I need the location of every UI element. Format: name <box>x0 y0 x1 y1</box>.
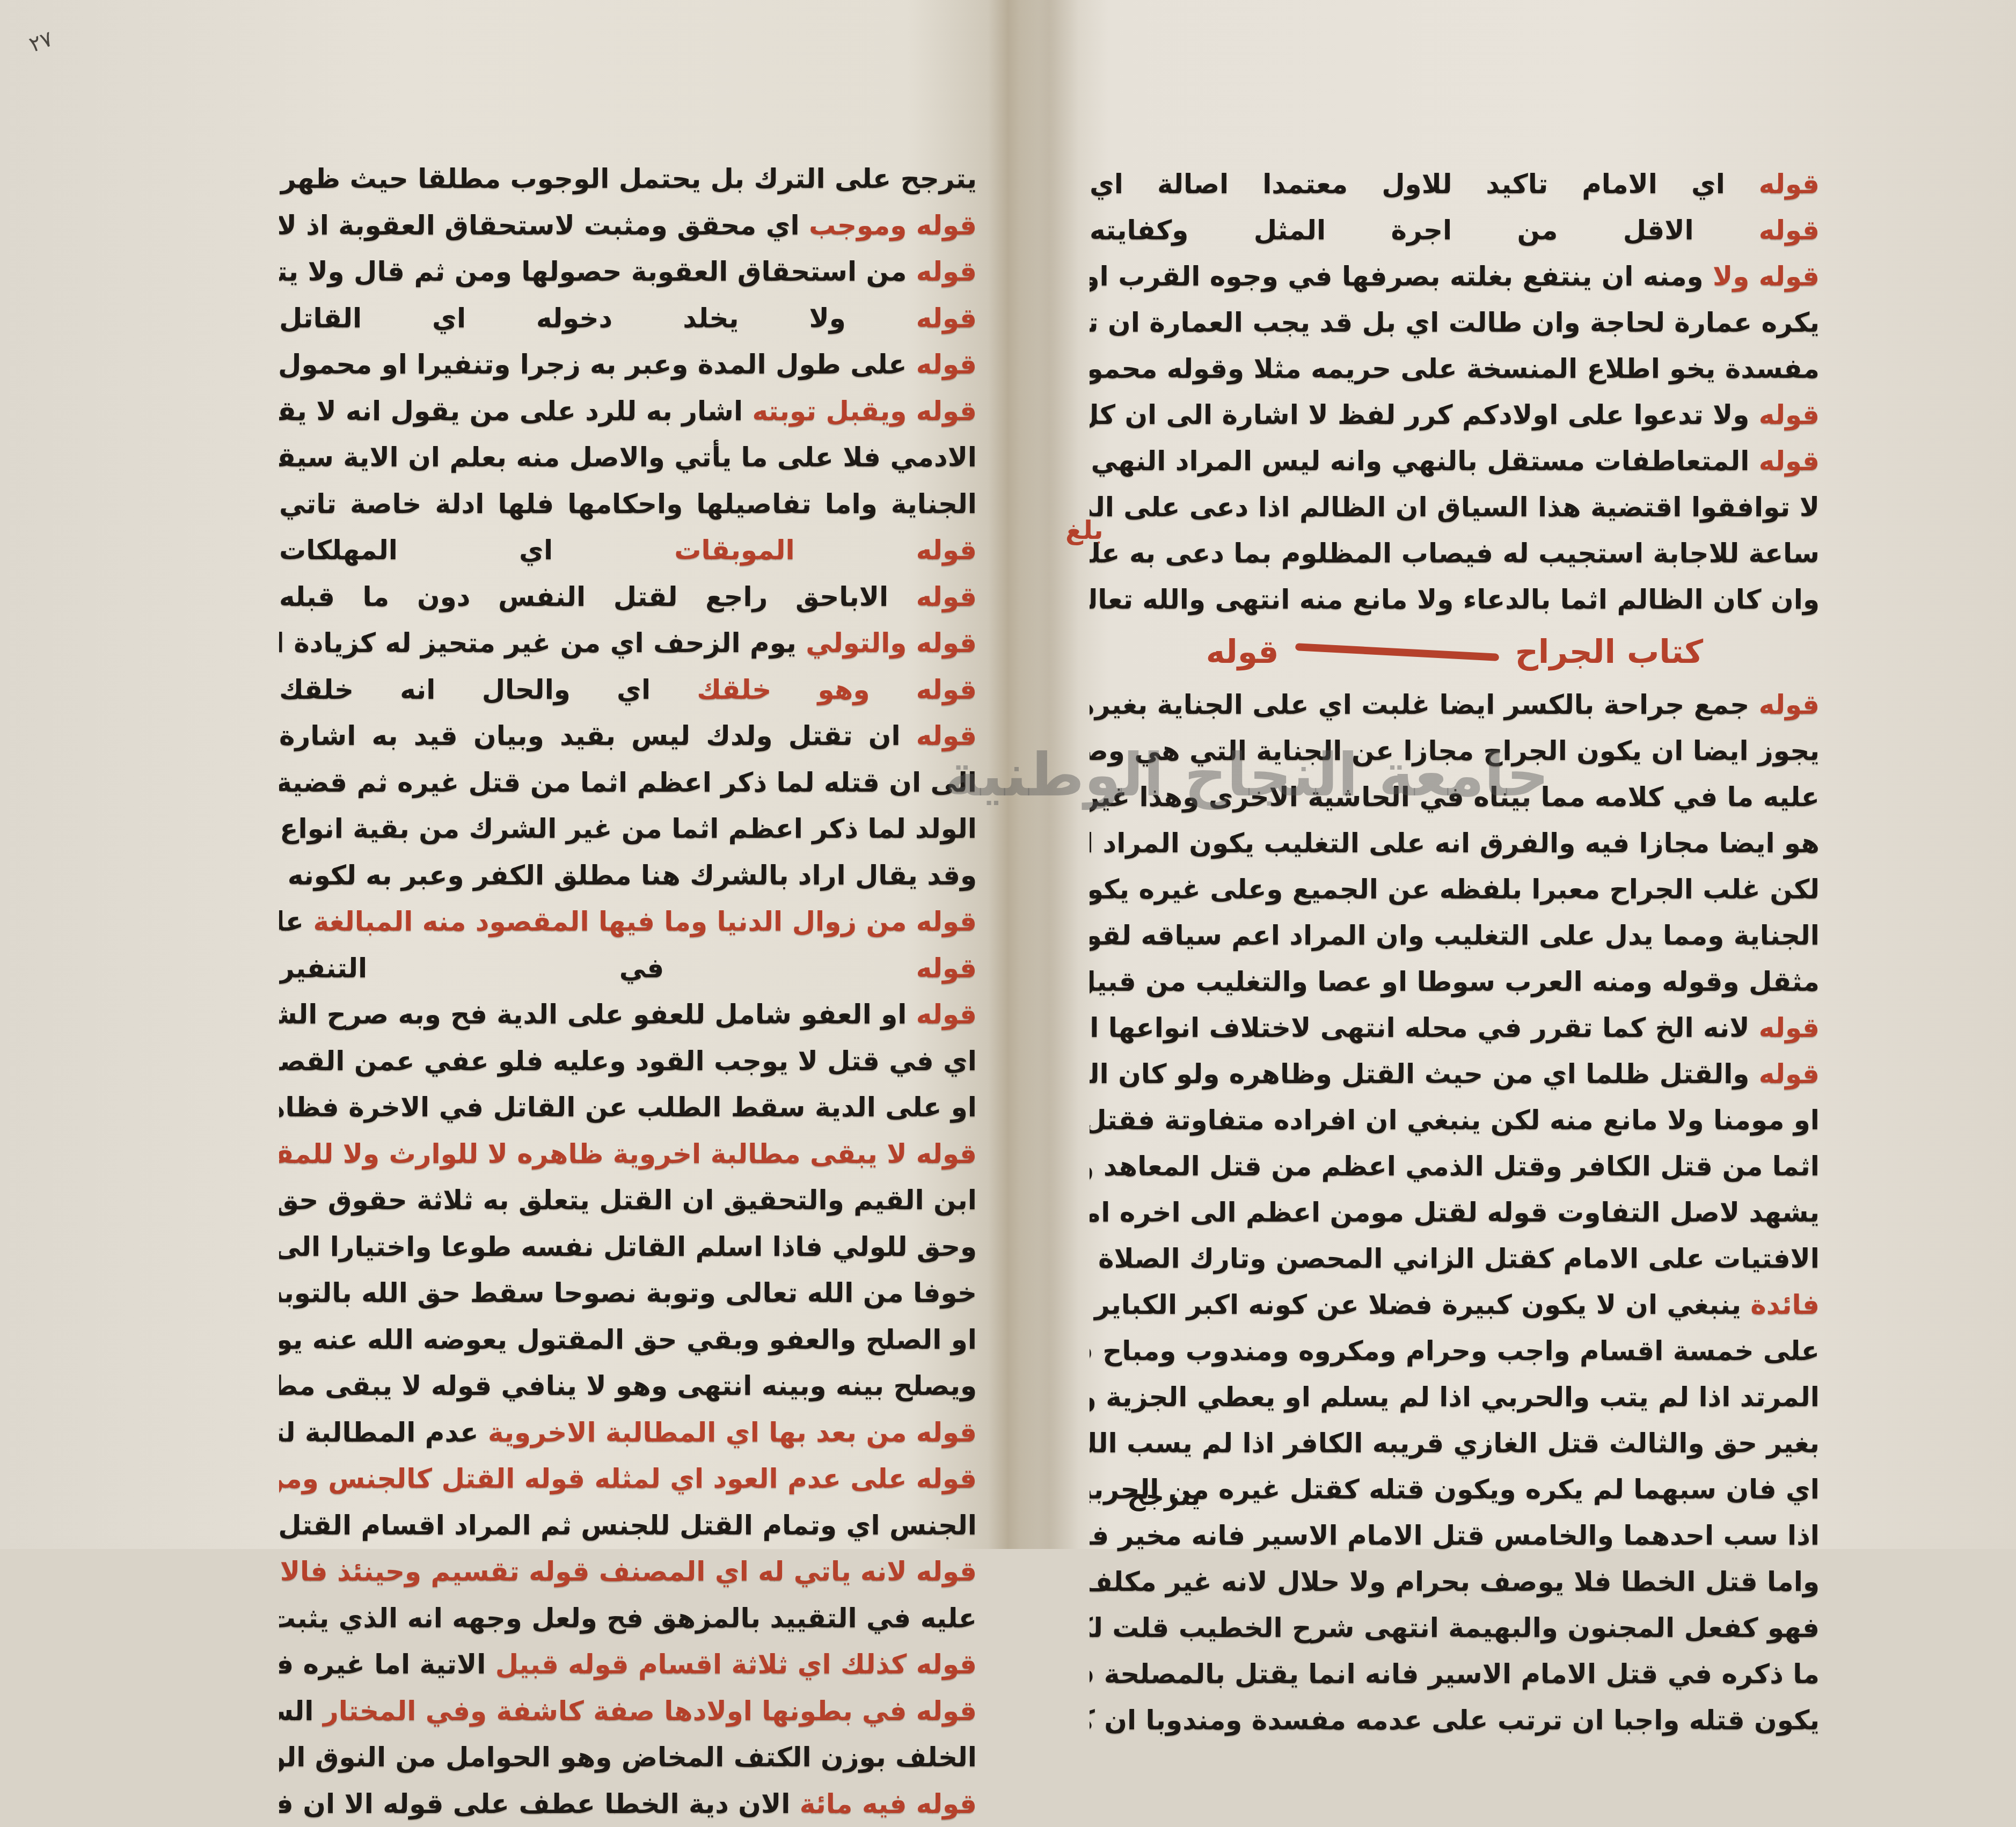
line-text: اثما من قتل الكافر وقتل الذمي اعظم من قت… <box>1090 1151 1820 1182</box>
catchword: يترجح <box>1127 1481 1201 1511</box>
text-line: اذا سب احدهما والخامس قتل الامام الاسير … <box>1090 1512 1820 1549</box>
margin-rubric-mark: بلغ <box>1065 515 1103 545</box>
line-text: جمع جراحة بالكسر ايضا غلبت اي على الجناي… <box>1090 689 1749 720</box>
line-text: لا توافقوا اقتضية هذا السياق ان الظالم ا… <box>1090 492 1820 523</box>
text-line: هو ايضا مجازا فيه والفرق انه على التغليب… <box>1090 820 1820 866</box>
text-line: قوله في التنفير <box>279 945 977 992</box>
rubric-word: قوله وموجب <box>800 210 977 241</box>
text-line: قوله المتعاطفات مستقل بالنهي وانه ليس ال… <box>1090 438 1820 484</box>
line-text: خوفا من الله تعالى وتوبة نصوحا سقط حق ال… <box>279 1277 977 1309</box>
line-text: لكن غلب الجراح معبرا بلفظه عن الجميع وعل… <box>1090 874 1820 905</box>
text-line: قوله وموجب اي محقق ومثبت لاستحقاق العقوب… <box>279 202 977 249</box>
text-line: الادمي فلا على ما يأتي والاصل منه بعلم ا… <box>279 434 977 481</box>
text-line: قوله والتولي يوم الزحف اي من غير متحيز ل… <box>279 620 977 667</box>
line-text: وحق للولي فاذا اسلم القاتل نفسه طوعا واخ… <box>279 1231 977 1262</box>
line-text: الجناية واما تفاصيلها واحكامها فلها ادلة… <box>279 488 977 520</box>
text-line: قوله ان تقتل ولدك ليس بقيد وبيان قيد به … <box>279 713 977 759</box>
line-text: يشهد لاصل التفاوت قوله لقتل مومن اعظم ال… <box>1090 1197 1820 1228</box>
text-line: قوله والقتل ظلما اي من حيث القتل وظاهره … <box>1090 1051 1820 1097</box>
rubric-word: قوله <box>907 349 977 380</box>
right-page: قوله اي الامام تاكيد للاول معتمدا اصالة … <box>1090 161 1820 1549</box>
text-line: قوله ولا تدعوا على اولادكم كرر لفظ لا اش… <box>1090 392 1820 438</box>
rubric-word: قوله <box>664 953 977 984</box>
text-line: بغير حق والثالث قتل الغازي قريبه الكافر … <box>1090 1420 1820 1466</box>
chapter-decorative-stroke <box>1295 643 1499 661</box>
text-line: على خمسة اقسام واجب وحرام ومكروه ومندوب … <box>1090 1328 1820 1374</box>
line-text: ينبغي ان لا يكون كبيرة فضلا عن كونه اكبر… <box>1090 1289 1741 1320</box>
line-text: او على الدية سقط الطلب عن القاتل في الاخ… <box>279 1092 977 1123</box>
line-text: الافتيات على الامام كقتل الزاني المحصن و… <box>1090 1243 1820 1274</box>
rubric-word: قوله <box>1749 1012 1820 1043</box>
line-text: وقد يقال اراد بالشرك هنا مطلق الكفر وعبر… <box>279 860 977 891</box>
text-line: الجناية ومما يدل على التغليب وان المراد … <box>1090 912 1820 959</box>
text-line: لا توافقوا اقتضية هذا السياق ان الظالم ا… <box>1090 484 1820 530</box>
text-line: او مومنا ولا مانع منه لكن ينبغي ان افراد… <box>1090 1097 1820 1143</box>
text-line: او الصلح والعفو وبقي حق المقتول يعوضه ال… <box>279 1317 977 1363</box>
line-text: الجناية ومما يدل على التغليب وان المراد … <box>1090 920 1820 951</box>
line-text: في التنفير <box>279 953 664 984</box>
line-text: بغير حق والثالث قتل الغازي قريبه الكافر … <box>1090 1428 1820 1459</box>
line-text: ابن القيم والتحقيق ان القتل يتعلق به ثلا… <box>279 1185 977 1216</box>
line-text: ولا يخلد دخوله اي القاتل <box>279 303 846 334</box>
text-line: قوله او العفو شامل للعفو على الدية فح وب… <box>279 991 977 1038</box>
line-text: هو ايضا مجازا فيه والفرق انه على التغليب… <box>1090 828 1820 859</box>
text-line: المرتد اذا لم يتب والحربي اذا لم يسلم او… <box>1090 1374 1820 1420</box>
rubric-word: قوله على عدم العود اي لمثله قوله القتل ك… <box>279 1463 977 1494</box>
text-line: او على الدية سقط الطلب عن القاتل في الاخ… <box>279 1084 977 1131</box>
line-text: الاقل من اجرة المثل وكفايته <box>1090 215 1694 246</box>
text-line: خوفا من الله تعالى وتوبة نصوحا سقط حق ال… <box>279 1270 977 1317</box>
text-line: الجنس اي وتمام القتل للجنس ثم المراد اقس… <box>279 1502 977 1549</box>
left-page: يترجح على الترك بل يحتمل الوجوب مطلقا حي… <box>279 156 977 1549</box>
rubric-word: قوله وهو خلقك <box>651 674 977 705</box>
chapter-trailing-rubric: قوله <box>1206 633 1279 671</box>
text-line: ابن القيم والتحقيق ان القتل يتعلق به ثلا… <box>279 1177 977 1224</box>
text-line: فائدة ينبغي ان لا يكون كبيرة فضلا عن كون… <box>1090 1282 1820 1328</box>
text-line: يترجح على الترك بل يحتمل الوجوب مطلقا حي… <box>279 156 977 202</box>
text-line: قوله الاباحق راجع لقتل النفس دون ما قبله <box>279 574 977 620</box>
text-line: وقد يقال اراد بالشرك هنا مطلق الكفر وعبر… <box>279 852 977 899</box>
line-text: الولد لما ذكر اعظم اثما من غير الشرك من … <box>279 813 977 844</box>
rubric-word: قوله <box>1694 215 1820 246</box>
text-line: قوله جمع جراحة بالكسر ايضا غلبت اي على ا… <box>1090 682 1820 728</box>
line-text: يترجح على الترك بل يحتمل الوجوب مطلقا حي… <box>279 163 977 194</box>
line-text: والقتل ظلما اي من حيث القتل وظاهره ولو ك… <box>1090 1058 1749 1090</box>
line-text: على خمسة اقسام واجب وحرام ومكروه ومندوب … <box>1090 1335 1820 1366</box>
chapter-title: كتاب الجراح <box>1515 633 1704 671</box>
line-text: اي الامام تاكيد للاول معتمدا اصالة اي <box>1090 169 1725 200</box>
rubric-word: قوله <box>1749 445 1820 477</box>
line-text: المرتد اذا لم يتب والحربي اذا لم يسلم او… <box>1090 1382 1820 1413</box>
rubric-word: قوله الموبقات <box>553 535 977 566</box>
line-text: ويصلح بينه وبينه انتهى وهو لا ينافي قوله… <box>279 1370 977 1401</box>
line-text: عليه وسلم في مكة وما حولها <box>279 906 304 937</box>
line-text: اي محقق ومثبت لاستحقاق العقوبة اذ لا يجب… <box>279 210 800 241</box>
line-text: اشار به للرد على من يقول انه لا يقبل توب… <box>279 396 743 427</box>
line-text: وان كان الظالم اثما بالدعاء ولا مانع منه… <box>1090 584 1820 615</box>
text-line: الولد لما ذكر اعظم اثما من غير الشرك من … <box>279 806 977 852</box>
line-text: يكره عمارة لحاجة وان طالت اي بل قد يجب ا… <box>1090 307 1820 338</box>
text-line: قوله من زوال الدنيا وما فيها المقصود منه… <box>279 898 977 945</box>
text-line: اثما من قتل الكافر وقتل الذمي اعظم من قت… <box>1090 1143 1820 1189</box>
line-text: عدم المطالبة لتعويض الله اياه <box>279 1417 479 1448</box>
text-line: قوله ولا يخلد دخوله اي القاتل <box>279 295 977 342</box>
library-watermark: جامعة النجاح الوطنية <box>945 741 1549 809</box>
line-text: من استحقاق العقوبة حصولها ومن ثم قال ولا… <box>279 256 907 287</box>
line-text: على طول المدة وعبر به زجرا وتنفيرا او مح… <box>279 349 907 380</box>
text-line: الى ان قتله لما ذكر اعظم اثما من قتل غير… <box>279 759 977 806</box>
line-text: يوم الزحف اي من غير متحيز له كزيادة العد… <box>279 627 797 659</box>
line-text: اي المهلكات <box>279 535 553 566</box>
manuscript-spread: ٢٧ يترجح على الترك بل يحتمل الوجوب مطلقا… <box>0 0 2016 1549</box>
line-text: ولا تدعوا على اولادكم كرر لفظ لا اشارة ا… <box>1090 399 1749 430</box>
text-line: قوله الاقل من اجرة المثل وكفايته <box>1090 207 1820 253</box>
text-line: قوله لا يبقى مطالبة اخروية ظاهره لا للوا… <box>279 1131 977 1178</box>
text-line: لكن غلب الجراح معبرا بلفظه عن الجميع وعل… <box>1090 866 1820 912</box>
line-text: او العفو شامل للعفو على الدية فح وبه صرح… <box>279 999 907 1030</box>
text-line: مثقل وقوله ومنه العرب سوطا او عصا والتغل… <box>1090 959 1820 1005</box>
rubric-word: قوله ويقبل توبته <box>743 396 977 427</box>
line-text: الى ان قتله لما ذكر اعظم اثما من قتل غير… <box>279 767 977 798</box>
right-page-text-before-heading: قوله اي الامام تاكيد للاول معتمدا اصالة … <box>1090 161 1820 623</box>
text-line: ساعة للاجابة استجيب له فيصاب المظلوم بما… <box>1090 530 1820 576</box>
text-line: قوله من بعد بها اي المطالبة الاخروية عدم… <box>279 1409 977 1456</box>
rubric-word: قوله <box>1725 169 1820 200</box>
rubric-word: قوله <box>1749 1058 1820 1090</box>
text-line: يشهد لاصل التفاوت قوله لقتل مومن اعظم ال… <box>1090 1189 1820 1236</box>
text-line: مفسدة يخو اطلاع المنسخة على حريمه مثلا و… <box>1090 346 1820 392</box>
right-page-text-after-heading: قوله جمع جراحة بالكسر ايضا غلبت اي على ا… <box>1090 682 1820 1549</box>
folio-number: ٢٧ <box>26 26 56 57</box>
line-text: اذا سب احدهما والخامس قتل الامام الاسير … <box>1090 1520 1820 1549</box>
text-line: قوله على عدم العود اي لمثله قوله القتل ك… <box>279 1456 977 1502</box>
rubric-word: قوله <box>1749 689 1820 720</box>
rubric-word: قوله <box>907 999 977 1030</box>
line-text: او الصلح والعفو وبقي حق المقتول يعوضه ال… <box>279 1324 977 1355</box>
rubric-word: فائدة <box>1741 1289 1820 1320</box>
text-line: الجناية واما تفاصيلها واحكامها فلها ادلة… <box>279 481 977 528</box>
text-line: قوله اي الامام تاكيد للاول معتمدا اصالة … <box>1090 161 1820 207</box>
line-text: ساعة للاجابة استجيب له فيصاب المظلوم بما… <box>1090 538 1820 569</box>
rubric-word: قوله من زوال الدنيا وما فيها المقصود منه… <box>304 906 977 937</box>
line-text: اي في قتل لا يوجب القود وعليه فلو عفي عم… <box>279 1046 977 1077</box>
text-line: وان كان الظالم اثما بالدعاء ولا مانع منه… <box>1090 576 1820 623</box>
text-line: الافتيات على الامام كقتل الزاني المحصن و… <box>1090 1236 1820 1282</box>
rubric-word: قوله والتولي <box>797 627 977 659</box>
rubric-word: قوله <box>907 256 977 287</box>
rubric-word: قوله <box>1749 399 1820 430</box>
text-line: وحق للولي فاذا اسلم القاتل نفسه طوعا واخ… <box>279 1224 977 1270</box>
text-line: قوله من استحقاق العقوبة حصولها ومن ثم قا… <box>279 249 977 295</box>
text-line: قوله لانه الخ كما تقرر في محله انتهى لاخ… <box>1090 1005 1820 1051</box>
text-line: قوله الموبقات اي المهلكات <box>279 527 977 574</box>
line-text: الادمي فلا على ما يأتي والاصل منه بعلم ا… <box>279 442 977 473</box>
line-text: ان تقتل ولدك ليس بقيد وبيان قيد به اشارة <box>279 720 901 751</box>
line-text: الاباحق راجع لقتل النفس دون ما قبله <box>279 581 888 612</box>
text-line: قوله وهو خلقك اي والحال انه خلقك <box>279 667 977 713</box>
text-line: قوله على طول المدة وعبر به زجرا وتنفيرا … <box>279 341 977 388</box>
line-text: اي والحال انه خلقك <box>279 674 651 705</box>
chapter-heading: كتاب الجراح قوله <box>1090 623 1820 682</box>
rubric-word: قوله من بعد بها اي المطالبة الاخروية <box>479 1417 977 1448</box>
text-line: ويصلح بينه وبينه انتهى وهو لا ينافي قوله… <box>279 1363 977 1409</box>
line-text: الجنس اي وتمام القتل للجنس ثم المراد اقس… <box>279 1510 977 1541</box>
rubric-word: قوله <box>888 581 977 612</box>
line-text: او مومنا ولا مانع منه لكن ينبغي ان افراد… <box>1090 1105 1820 1136</box>
text-line: اي في قتل لا يوجب القود وعليه فلو عفي عم… <box>279 1038 977 1085</box>
text-line: يكره عمارة لحاجة وان طالت اي بل قد يجب ا… <box>1090 299 1820 346</box>
text-line: قوله ويقبل توبته اشار به للرد على من يقو… <box>279 388 977 435</box>
line-text: المتعاطفات مستقل بالنهي وانه ليس المراد … <box>1090 445 1749 477</box>
line-text: لانه الخ كما تقرر في محله انتهى لاختلاف … <box>1090 1012 1749 1043</box>
rubric-word: قوله <box>846 303 977 334</box>
text-line: قوله ولا ومنه ان ينتفع بغلته بصرفها في و… <box>1090 253 1820 299</box>
rubric-word: قوله لا يبقى مطالبة اخروية ظاهره لا للوا… <box>279 1138 977 1170</box>
line-text: ومنه ان ينتفع بغلته بصرفها في وجوه القرب… <box>1090 261 1704 292</box>
line-text: مثقل وقوله ومنه العرب سوطا او عصا والتغل… <box>1090 966 1820 997</box>
line-text: مفسدة يخو اطلاع المنسخة على حريمه مثلا و… <box>1090 353 1820 384</box>
rubric-word: قوله ولا <box>1704 261 1820 292</box>
